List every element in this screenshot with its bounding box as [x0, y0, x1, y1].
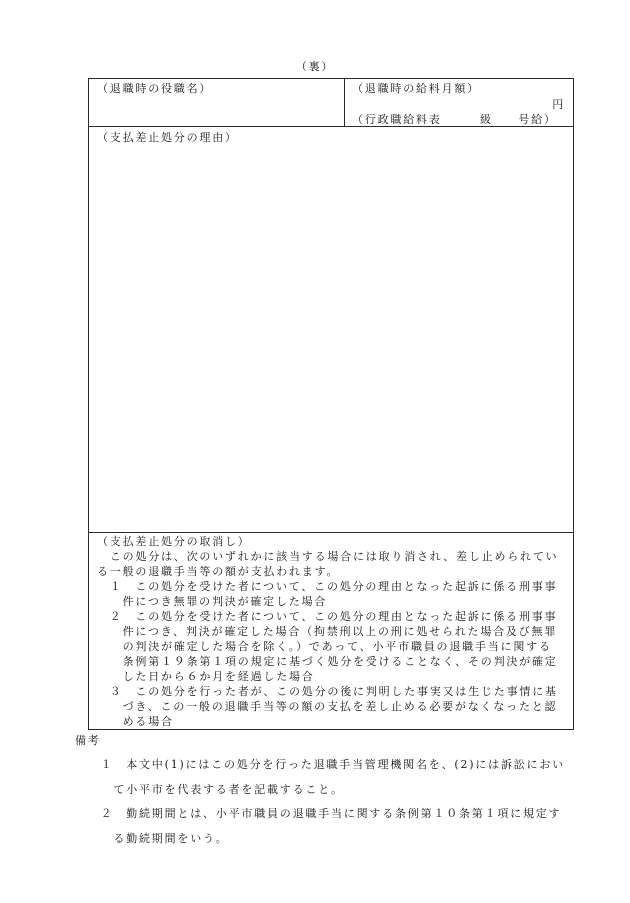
remarks-text-line: る勤続期間をいう。	[75, 827, 585, 852]
remarks-text-line: １ 本文中(1)にはこの処分を行った退職手当管理機関名を、(2)には訴訟におい	[75, 753, 585, 778]
remarks-list: １ 本文中(1)にはこの処分を行った退職手当管理機関名を、(2)には訴訟におい …	[75, 753, 585, 851]
position-title-cell: （退職時の役職名）	[89, 79, 345, 126]
cancellation-cell: （支払差止処分の取消し） この処分は、次のいずれかに該当する場合には取り消され、…	[89, 533, 573, 729]
cancellation-text-line: ３ この処分を行った者が、この処分の後に判明した事実又は生じた事情に基	[97, 684, 565, 699]
salary-table-label: （行政職給料表 級 号給）	[352, 112, 565, 126]
salary-label: （退職時の給料月額）	[352, 81, 565, 97]
remarks-text-line: て小平市を代表する者を記載すること。	[75, 778, 585, 803]
remarks-heading: 備考	[75, 733, 585, 748]
cancellation-text-line: づき、この一般の退職手当等の額の支払を差し止める必要がなくなったと認	[97, 699, 565, 714]
cancellation-text-line: １ この処分を受けた者について、この処分の理由となった起訴に係る刑事事	[97, 579, 565, 594]
cancellation-text-line: （支払差止処分の取消し）	[97, 534, 565, 549]
page-side-label: （裏）	[0, 58, 630, 74]
cancellation-text-line: 条例第１９条第１項の規定に基づく処分を受けることなく、その判決が確定	[97, 654, 565, 669]
cancellation-text-line: ２ この処分を受けた者について、この処分の理由となった起訴に係る刑事事	[97, 609, 565, 624]
position-title-label: （退職時の役職名）	[97, 81, 336, 97]
cancellation-text-line: 件につき無罪の判決が確定した場合	[97, 594, 565, 609]
suspension-reason-label: （支払差止処分の理由）	[97, 130, 565, 145]
cancellation-text-line: した日から６か月を経過した場合	[97, 669, 565, 684]
cancellation-text-line: る一般の退職手当等の額が支払われます。	[97, 564, 565, 579]
cancellation-text-line: この処分は、次のいずれかに該当する場合には取り消され、差し止められてい	[97, 549, 565, 564]
remarks-section: 備考 １ 本文中(1)にはこの処分を行った退職手当管理機関名を、(2)には訴訟に…	[75, 733, 585, 851]
cancellation-text-line: の判決が確定した場合を除く。）であって、小平市職員の退職手当に関する	[97, 639, 565, 654]
form-header-row: （退職時の役職名） （退職時の給料月額） 円 （行政職給料表 級 号給）	[89, 79, 573, 127]
cancellation-text-line: める場合	[97, 714, 565, 729]
remarks-text-line: ２ 勤続期間とは、小平市職員の退職手当に関する条例第１０条第１項に規定す	[75, 802, 585, 827]
cancellation-text-line: 件につき、判決が確定した場合（拘禁刑以上の刑に処せられた場合及び無罪	[97, 624, 565, 639]
form-table: （退職時の役職名） （退職時の給料月額） 円 （行政職給料表 級 号給） （支払…	[88, 78, 574, 730]
yen-unit-label: 円	[352, 97, 565, 113]
suspension-reason-cell: （支払差止処分の理由）	[89, 127, 573, 533]
salary-cell: （退職時の給料月額） 円 （行政職給料表 級 号給）	[345, 79, 573, 126]
